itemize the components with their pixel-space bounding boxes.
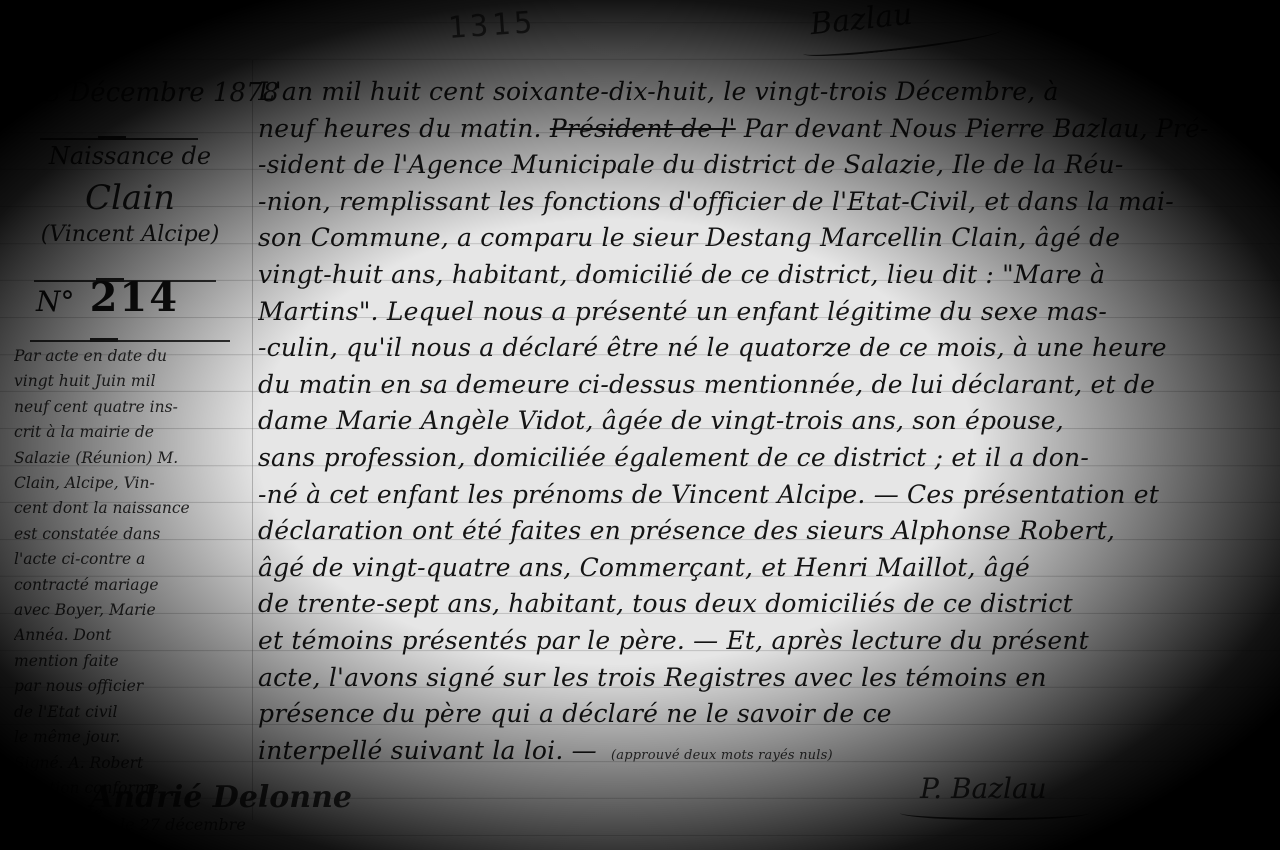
mention-line: mention faite [14, 649, 264, 674]
act-line: -né à cet enfant les prénoms de Vincent … [258, 477, 1268, 514]
act-line: déclaration ont été faites en présence d… [258, 513, 1268, 550]
act-line: -sident de l'Agence Municipale du distri… [258, 147, 1268, 184]
act-line: -nion, remplissant les fonctions d'offic… [258, 184, 1268, 221]
folio-number: 1315 [447, 5, 537, 46]
register-page: 1315 Bazlau 23 Décembre 1878 Naissance d… [0, 0, 1280, 850]
signature-archivist: Andrié Delonne [90, 780, 352, 815]
act-line: neuf heures du matin. Président de l' Pa… [258, 111, 1268, 148]
act-line: dame Marie Angèle Vidot, âgée de vingt-t… [258, 403, 1268, 440]
act-line: et témoins présentés par le père. — Et, … [258, 623, 1268, 660]
mention-line: vingt huit Juin mil [14, 369, 264, 394]
rule-tick [90, 338, 118, 342]
act-line: âgé de vingt-quatre ans, Commerçant, et … [258, 550, 1268, 587]
act-line: interpellé suivant la loi. — (approuvé d… [258, 733, 1268, 775]
act-line: présence du père qui a déclaré ne le sav… [258, 696, 1268, 733]
mention-line: l'acte ci-contre a [14, 547, 264, 572]
act-line: vingt-huit ans, habitant, domicilié de c… [258, 257, 1268, 294]
margin-header-rule-top [40, 138, 198, 140]
act-line-part: neuf heures du matin. [258, 114, 550, 143]
act-line: du matin en sa demeure ci-dessus mention… [258, 367, 1268, 404]
signature-top: Bazlau [808, 0, 914, 42]
signature-officer-text: P. Bazlau [920, 772, 1047, 805]
act-line-part: Par devant Nous Pierre Bazlau, Pré- [736, 114, 1209, 143]
mention-line: Salazie (Réunion) M. [14, 446, 264, 471]
margin-date: 23 Décembre 1878 [28, 78, 279, 108]
mention-line: Signé. A. Robert [14, 751, 264, 776]
mention-line: contracté mariage [14, 573, 264, 598]
act-line: son Commune, a comparu le sieur Destang … [258, 220, 1268, 257]
margin-title: Naissance de [10, 142, 250, 170]
birth-act-text: L'an mil huit cent soixante-dix-huit, le… [258, 74, 1268, 774]
mention-line: neuf cent quatre ins- [14, 395, 264, 420]
mention-line: est constatée dans [14, 522, 264, 547]
marginal-mention: Par acte en date du vingt huit Juin mil … [14, 344, 264, 850]
struck-words: Président de l' [550, 114, 736, 143]
mention-line: avec Boyer, Marie [14, 598, 264, 623]
act-line: acte, l'avons signé sur les trois Regist… [258, 660, 1268, 697]
act-line-part: interpellé suivant la loi. — [258, 736, 597, 765]
mention-line: Par acte en date du [14, 344, 264, 369]
entry-number: N° 214 [36, 274, 179, 321]
signature-archivist-date: le 27 décembre [120, 815, 246, 834]
mention-line: cent dont la naissance [14, 496, 264, 521]
approval-note: (approuvé deux mots rayés nuls) [611, 748, 833, 763]
mention-line: de l'Etat civil [14, 700, 264, 725]
mention-line: Clain, Alcipe, Vin- [14, 471, 264, 496]
mention-line: par nous officier [14, 674, 264, 699]
act-line: -culin, qu'il nous a déclaré être né le … [258, 330, 1268, 367]
signature-officer: P. Bazlau [920, 772, 1047, 805]
mention-rule [30, 340, 230, 342]
margin-surname: Clain [10, 178, 250, 218]
act-line: de trente-sept ans, habitant, tous deux … [258, 586, 1268, 623]
entry-number-value: 214 [90, 274, 180, 321]
margin-given-names: (Vincent Alcipe) [10, 222, 250, 247]
mention-line: crit à la mairie de [14, 420, 264, 445]
entry-number-label: N° [36, 285, 75, 318]
mention-line: le même jour. [14, 725, 264, 750]
signature-flourish [900, 806, 1090, 820]
rule-tick [98, 136, 126, 140]
act-line: Martins". Lequel nous a présenté un enfa… [258, 294, 1268, 331]
act-line: sans profession, domiciliée également de… [258, 440, 1268, 477]
act-line: L'an mil huit cent soixante-dix-huit, le… [258, 74, 1268, 111]
mention-line: Annéa. Dont [14, 623, 264, 648]
